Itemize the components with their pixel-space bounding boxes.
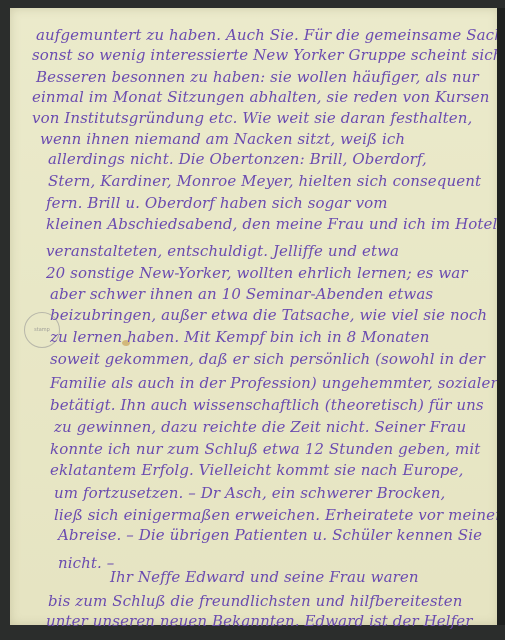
- handwritten-line: um fortzusetzen. – Dr Asch, ein schwerer…: [54, 484, 445, 502]
- stamp-text: stamp: [34, 327, 50, 333]
- handwritten-line: veranstalteten, entschuldigt. Jelliffe u…: [46, 242, 399, 260]
- handwritten-line: unter unseren neuen Bekannten. Edward is…: [46, 612, 473, 630]
- handwritten-line: allerdings nicht. Die Obertonzen: Brill,…: [48, 150, 427, 168]
- handwritten-line: einmal im Monat Sitzungen abhalten, sie …: [32, 88, 490, 106]
- handwritten-line: zu lernen haben. Mit Kempf bin ich in 8 …: [50, 328, 429, 346]
- handwritten-line: bis zum Schluß die freundlichsten und hi…: [48, 592, 463, 610]
- handwritten-line: nicht. –: [58, 554, 114, 572]
- handwritten-line: Familie als auch in der Profession) unge…: [50, 374, 498, 392]
- handwritten-line: aufgemuntert zu haben. Auch Sie. Für die…: [36, 26, 505, 44]
- handwritten-line: zu gewinnen, dazu reichte die Zeit nicht…: [54, 418, 466, 436]
- handwritten-line: sonst so wenig interessierte New Yorker …: [32, 46, 505, 64]
- letter-page: stamp aufgemuntert zu haben. Auch Sie. F…: [10, 8, 499, 625]
- handwritten-line: betätigt. Ihn auch wissenschaftlich (the…: [50, 396, 484, 414]
- handwritten-line: Ihr Neffe Edward und seine Frau waren: [110, 568, 419, 586]
- handwritten-line: konnte ich nur zum Schluß etwa 12 Stunde…: [50, 440, 480, 458]
- handwritten-line: Abreise. – Die übrigen Patienten u. Schü…: [58, 526, 482, 544]
- handwritten-line: soweit gekommen, daß er sich persönlich …: [50, 350, 485, 368]
- handwritten-line: kleinen Abschiedsabend, den meine Frau u…: [46, 215, 497, 233]
- handwritten-line: Stern, Kardiner, Monroe Meyer, hielten s…: [48, 172, 481, 190]
- handwritten-line: eklatantem Erfolg. Vielleicht kommt sie …: [50, 461, 463, 479]
- handwritten-line: beizubringen, außer etwa die Tatsache, w…: [50, 306, 487, 324]
- handwritten-line: von Institutsgründung etc. Wie weit sie …: [32, 109, 472, 127]
- handwritten-line: ließ sich einigermaßen erweichen. Erheir…: [54, 506, 502, 524]
- handwritten-line: aber schwer ihnen an 10 Seminar-Abenden …: [50, 285, 433, 303]
- handwritten-line: wenn ihnen niemand am Nacken sitzt, weiß…: [40, 130, 405, 148]
- handwritten-line: 20 sonstige New-Yorker, wollten ehrlich …: [46, 264, 468, 282]
- scan-border: [497, 8, 505, 625]
- handwritten-line: fern. Brill u. Oberdorf haben sich sogar…: [46, 194, 388, 212]
- handwritten-line: Besseren besonnen zu haben: sie wollen h…: [36, 68, 479, 86]
